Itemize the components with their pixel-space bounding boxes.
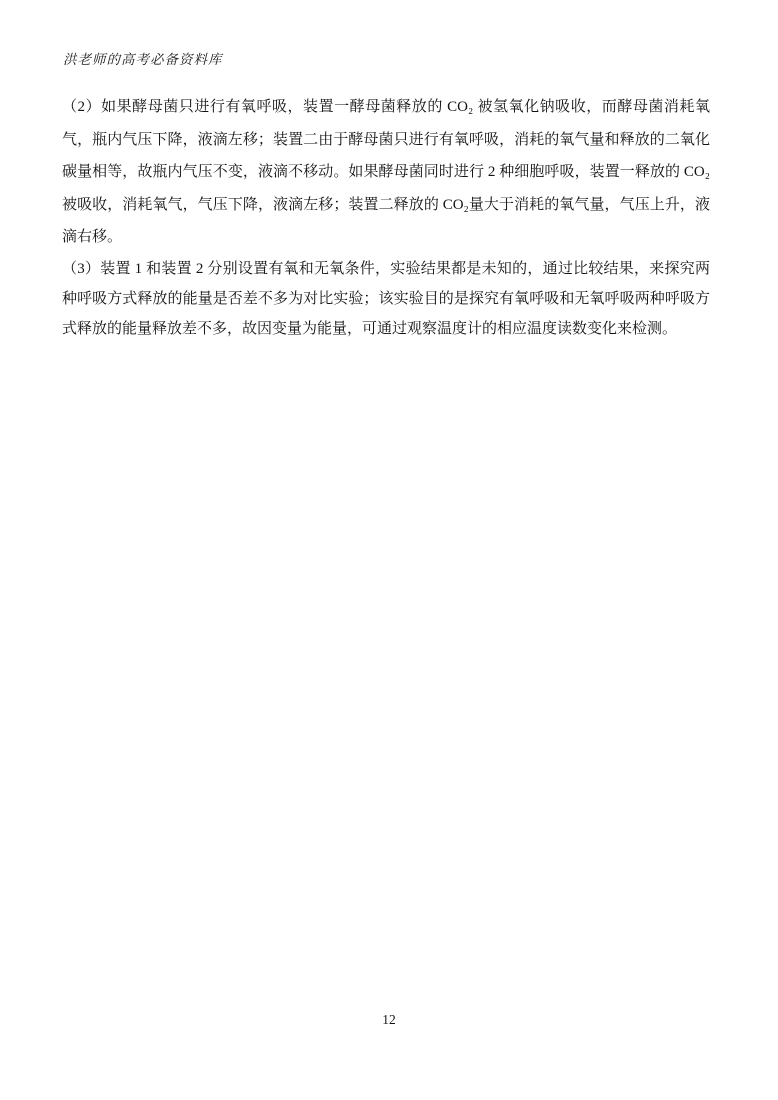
document-page: 洪老师的高考必备资料库 （2）如果酵母菌只进行有氧呼吸，装置一酵母菌释放的 CO… (0, 0, 778, 1100)
paragraph-answer-3: （3）装置 1 和装置 2 分别设置有氧和无氧条件，实验结果都是未知的，通过比较… (62, 254, 710, 344)
header-watermark: 洪老师的高考必备资料库 (63, 48, 223, 68)
paragraph-answer-2: （2）如果酵母菌只进行有氧呼吸，装置一酵母菌释放的 CO₂ 被氢氧化钠吸收，而酵… (62, 91, 710, 254)
document-body: （2）如果酵母菌只进行有氧呼吸，装置一酵母菌释放的 CO₂ 被氢氧化钠吸收，而酵… (62, 91, 710, 344)
page-number: 12 (0, 1012, 778, 1028)
